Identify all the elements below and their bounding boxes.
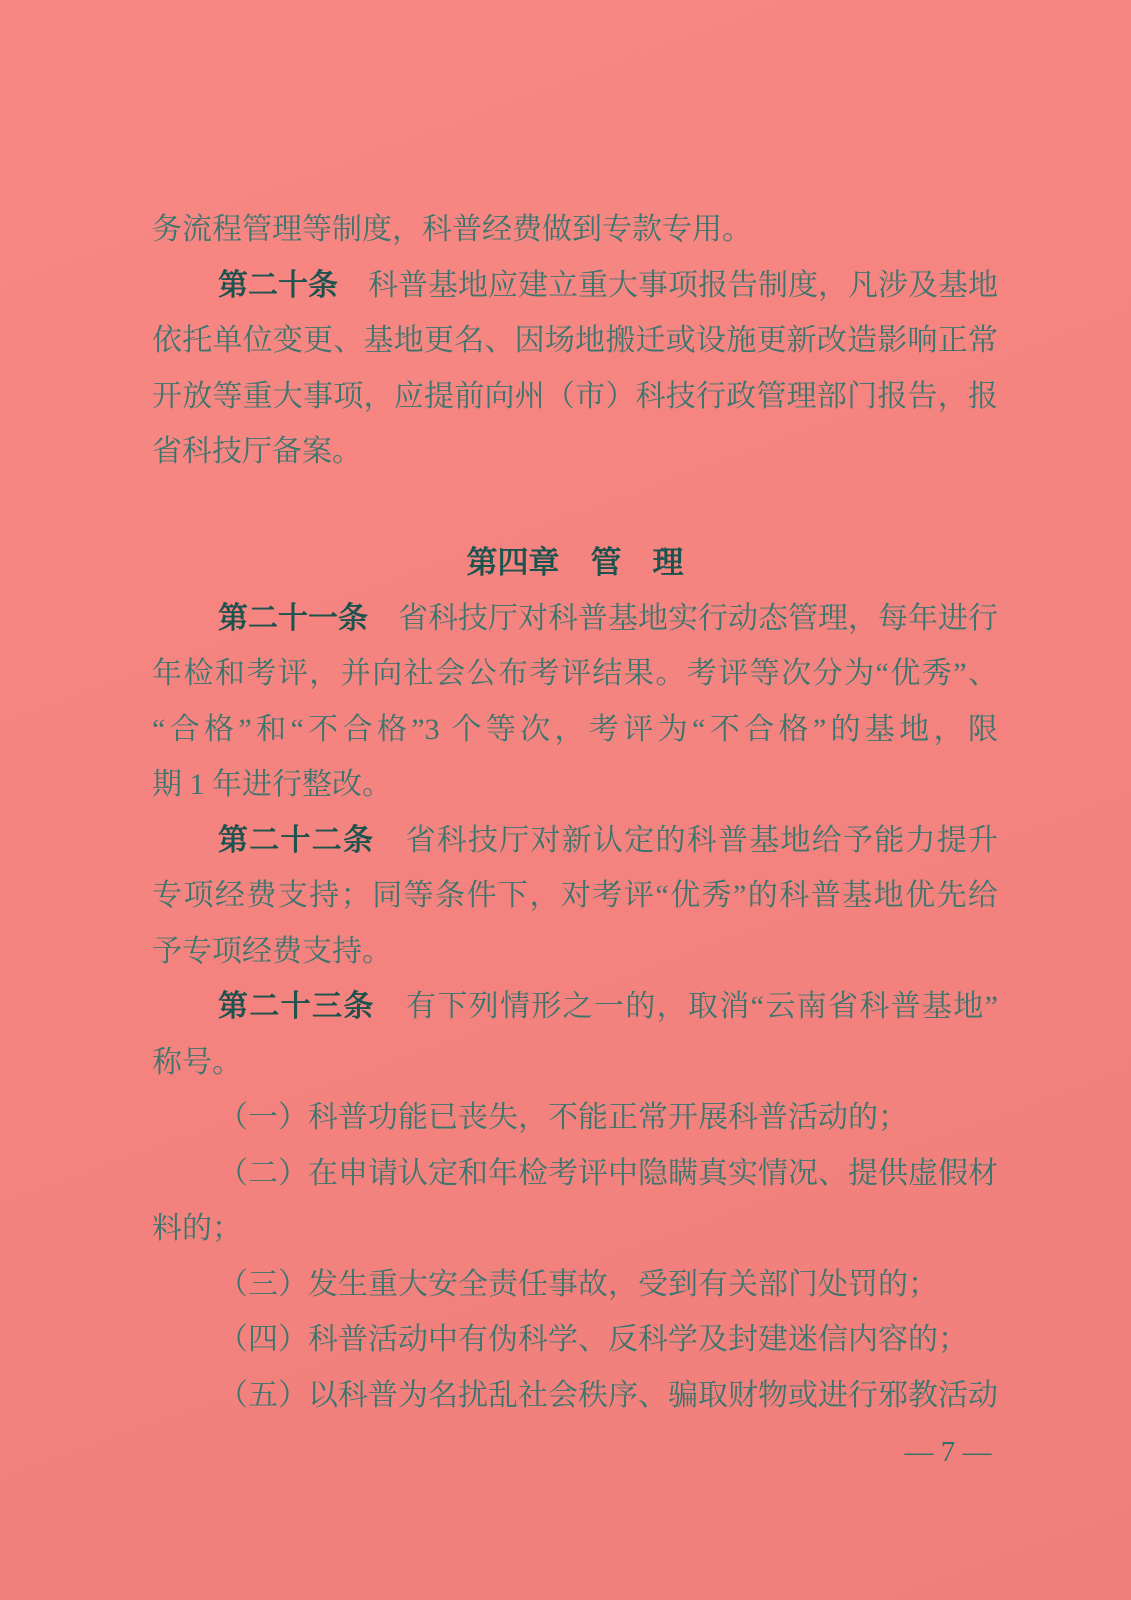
text-line: 称号。 [152, 1035, 998, 1091]
text-line: 第二十一条 省科技厅对科普基地实行动态管理，每年进行 [152, 591, 998, 647]
text-line: 第二十条 科普基地应建立重大事项报告制度，凡涉及基地 [152, 258, 998, 314]
line-text: 务流程管理等制度，科普经费做到专款专用。 [152, 213, 752, 246]
text-line: （五）以科普为名扰乱社会秩序、骗取财物或进行邪教活动 [152, 1368, 998, 1424]
article-number: 第二十条 [218, 269, 338, 302]
article-number: 第二十三条 [218, 990, 375, 1023]
text-line: 务流程管理等制度，科普经费做到专款专用。 [152, 202, 998, 258]
line-text: “合格”和“不合格”3 个等次，考评为“不合格”的基地，限 [152, 713, 998, 746]
article-number: 第二十一条 [218, 602, 368, 635]
line-text: 科普基地应建立重大事项报告制度，凡涉及基地 [338, 269, 998, 302]
line-text: 予专项经费支持。 [152, 935, 392, 968]
text-line: 期 1 年进行整改。 [152, 757, 998, 813]
line-text: 省科技厅备案。 [152, 435, 362, 468]
line-text: 开放等重大事项，应提前向州（市）科技行政管理部门报告，报 [152, 380, 998, 413]
line-text: 依托单位变更、基地更名、因场地搬迁或设施更新改造影响正常 [152, 324, 998, 357]
text-line: 专项经费支持；同等条件下，对考评“优秀”的科普基地优先给 [152, 868, 998, 924]
text-line: “合格”和“不合格”3 个等次，考评为“不合格”的基地，限 [152, 702, 998, 758]
text-line: 予专项经费支持。 [152, 924, 998, 980]
text-line: 省科技厅备案。 [152, 424, 998, 480]
line-text: 省科技厅对科普基地实行动态管理，每年进行 [368, 602, 998, 635]
line-text: （二）在申请认定和年检考评中隐瞒真实情况、提供虚假材 [218, 1157, 998, 1190]
text-line: （一）科普功能已丧失，不能正常开展科普活动的； [152, 1090, 998, 1146]
text-line: （三）发生重大安全责任事故，受到有关部门处罚的； [152, 1257, 998, 1313]
text-line: 年检和考评，并向社会公布考评结果。考评等次分为“优秀”、 [152, 646, 998, 702]
text-line: 开放等重大事项，应提前向州（市）科技行政管理部门报告，报 [152, 369, 998, 425]
line-text: （五）以科普为名扰乱社会秩序、骗取财物或进行邪教活动 [218, 1379, 998, 1412]
line-text: 年检和考评，并向社会公布考评结果。考评等次分为“优秀”、 [152, 657, 998, 690]
text-line: 料的； [152, 1201, 998, 1257]
line-text: 有下列情形之一的，取消“云南省科普基地” [375, 990, 998, 1023]
line-text: （四）科普活动中有伪科学、反科学及封建迷信内容的； [218, 1323, 968, 1356]
line-text: 称号。 [152, 1046, 242, 1079]
line-text: 专项经费支持；同等条件下，对考评“优秀”的科普基地优先给 [152, 879, 998, 912]
chapter-heading: 第四章 管 理 [152, 535, 998, 591]
text-line: （二）在申请认定和年检考评中隐瞒真实情况、提供虚假材 [152, 1146, 998, 1202]
line-text: 省科技厅对新认定的科普基地给予能力提升 [374, 824, 998, 857]
text-line: （四）科普活动中有伪科学、反科学及封建迷信内容的； [152, 1312, 998, 1368]
line-text: 期 1 年进行整改。 [152, 768, 392, 801]
line-text: 料的； [152, 1212, 242, 1245]
text-line: 第二十二条 省科技厅对新认定的科普基地给予能力提升 [152, 813, 998, 869]
document-page: 务流程管理等制度，科普经费做到专款专用。 第二十条 科普基地应建立重大事项报告制… [0, 0, 1131, 1600]
page-number: — 7 — [893, 1436, 1003, 1469]
text-line: 第二十三条 有下列情形之一的，取消“云南省科普基地” [152, 979, 998, 1035]
line-text: （一）科普功能已丧失，不能正常开展科普活动的； [218, 1101, 908, 1134]
text-line: 依托单位变更、基地更名、因场地搬迁或设施更新改造影响正常 [152, 313, 998, 369]
line-text: （三）发生重大安全责任事故，受到有关部门处罚的； [218, 1268, 938, 1301]
document-text-block: 务流程管理等制度，科普经费做到专款专用。 第二十条 科普基地应建立重大事项报告制… [152, 202, 998, 1423]
article-number: 第二十二条 [218, 824, 374, 857]
